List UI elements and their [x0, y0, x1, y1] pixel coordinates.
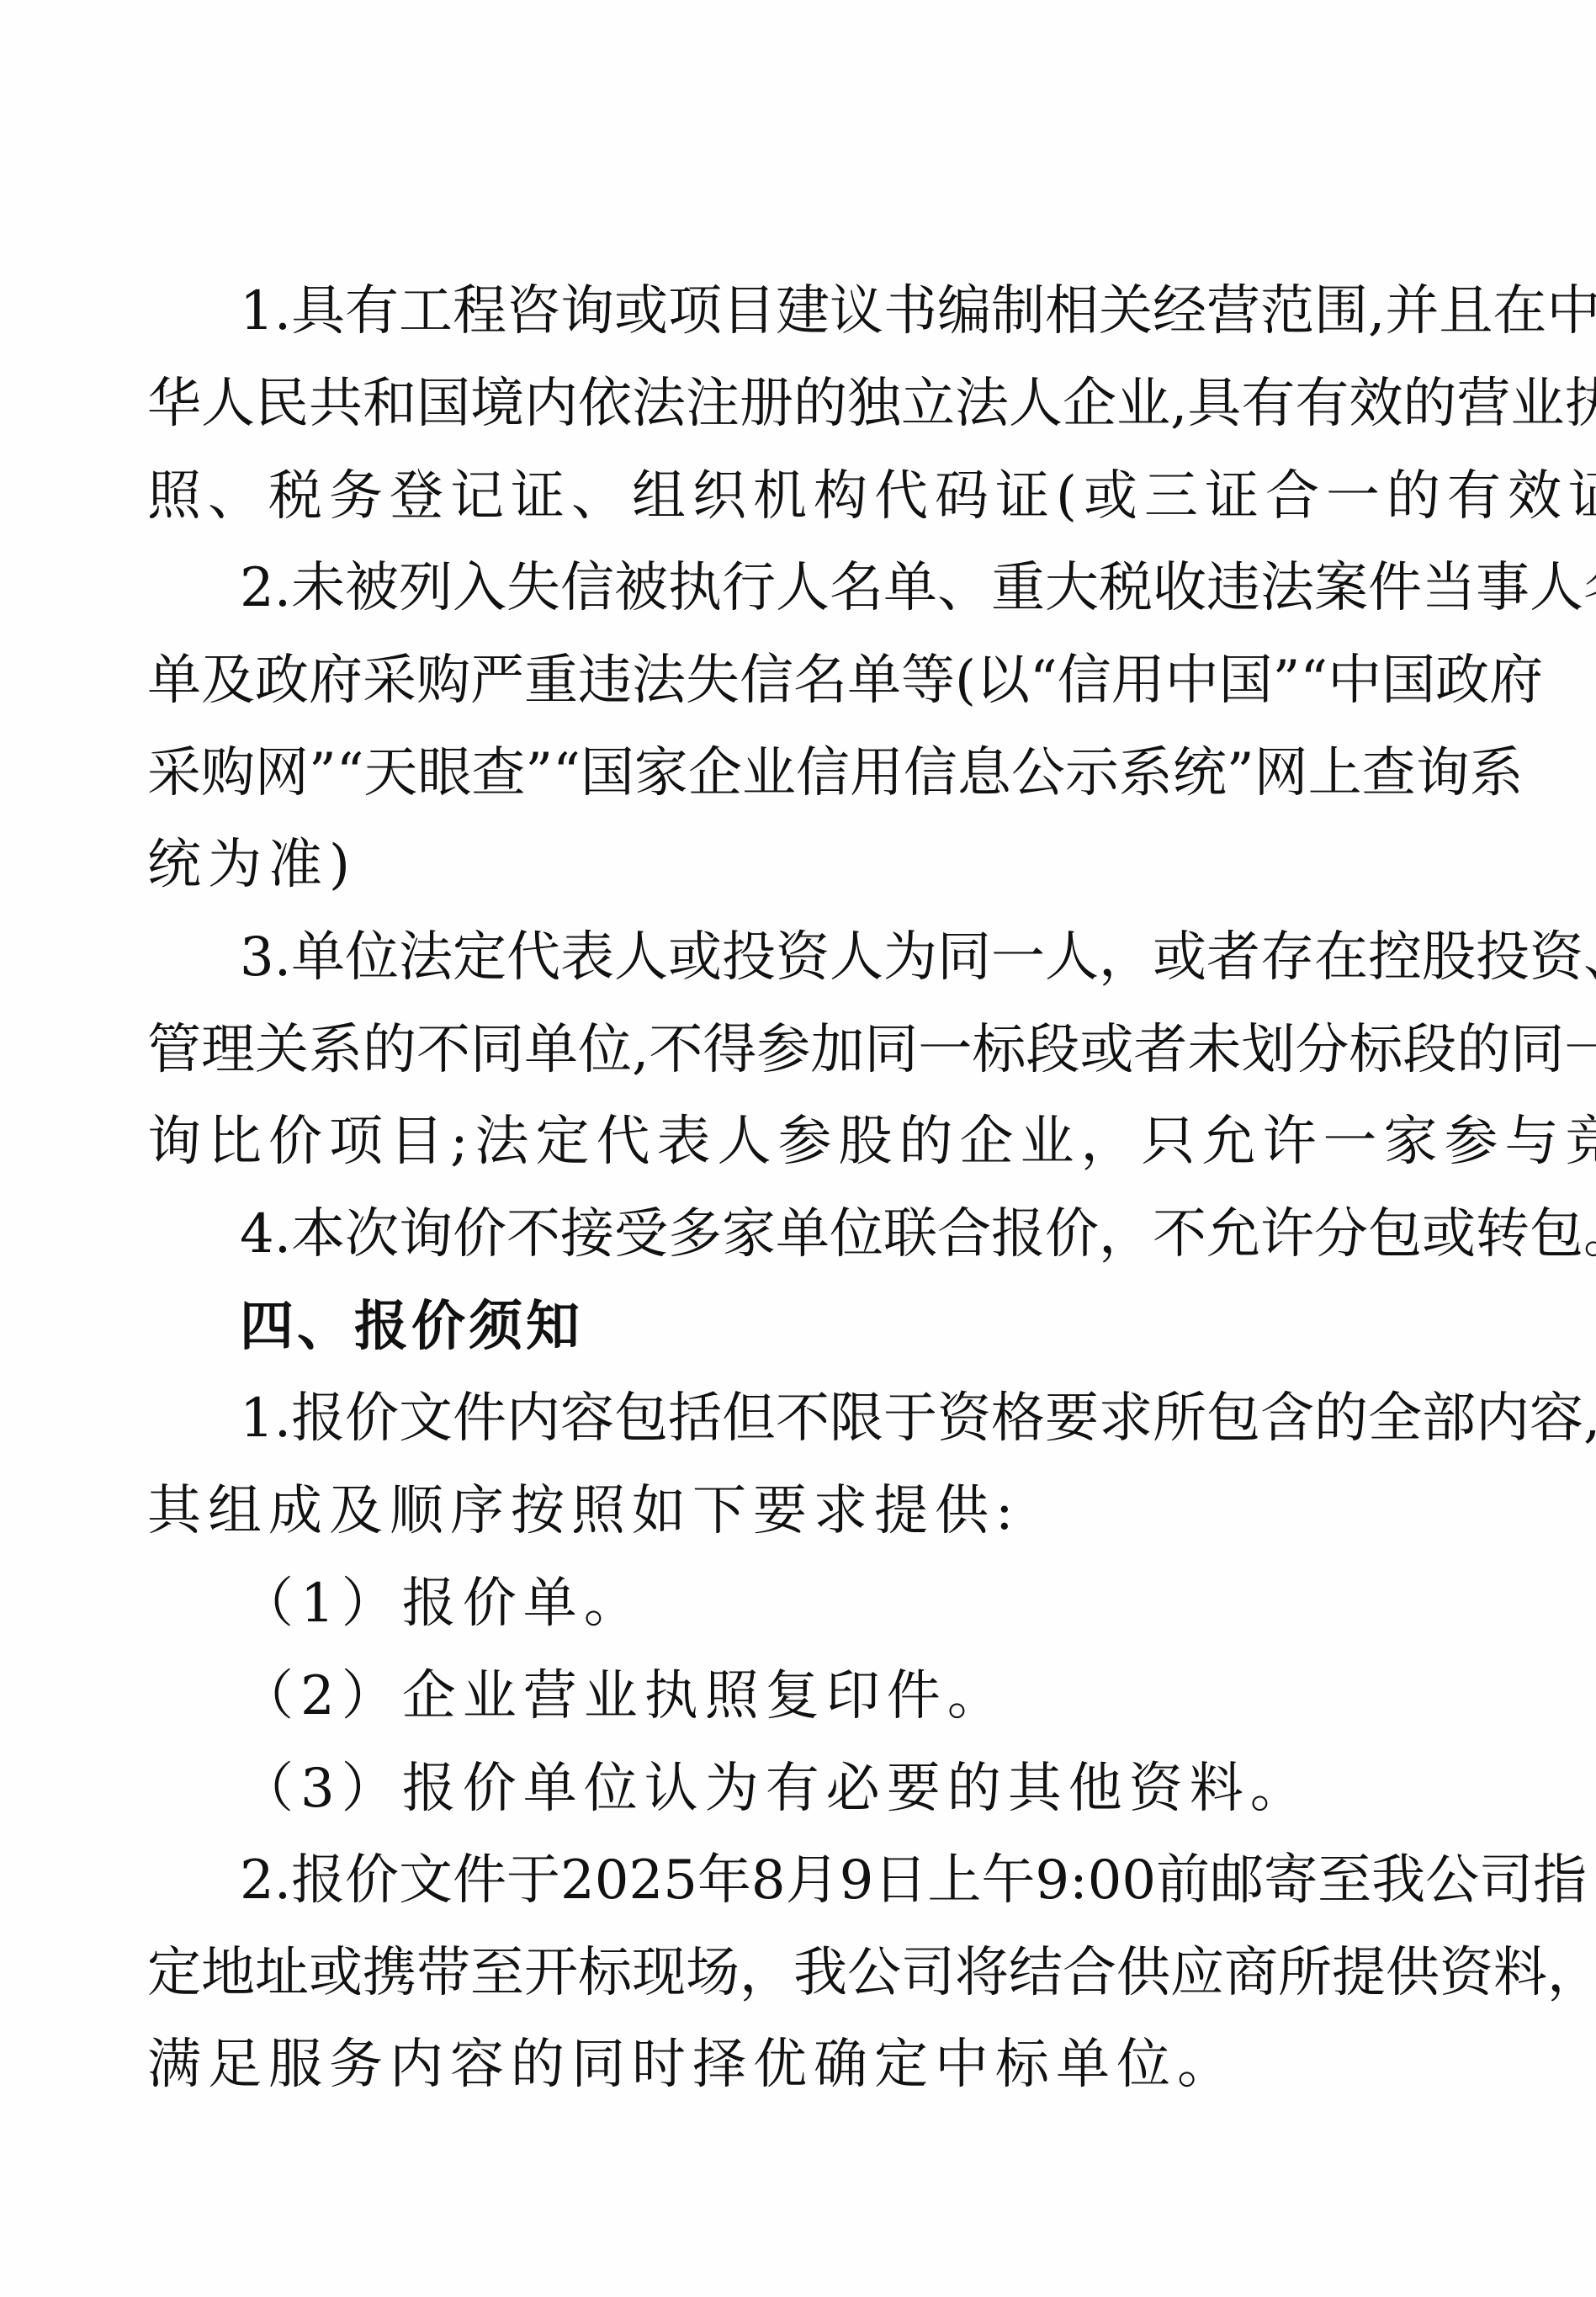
- notice-1-line-1: 1.报价文件内容包括但不限于资格要求所包含的全部内容,: [240, 1372, 1436, 1465]
- notice-2-line-2: 定地址或携带至开标现场，我公司将结合供应商所提供资料，在: [147, 1927, 1436, 2019]
- requirement-2-line-3: 采购网”“天眼查”“国家企业信用信息公示系统”网上查询系: [147, 727, 1436, 820]
- notice-1-subitem-2: （2）企业营业执照复印件。: [240, 1650, 1008, 1743]
- section-heading-quotation-notice: 四、报价须知: [240, 1281, 583, 1373]
- notice-2-line-1: 2.报价文件于2025年8月9日上午9:00前邮寄至我公司指: [240, 1834, 1436, 1927]
- notice-1-subitem-3: （3）报价单位认为有必要的其他资料。: [240, 1743, 1311, 1835]
- requirement-3-line-3: 询比价项目;法定代表人参股的企业，只允许一家参与竞争。: [147, 1095, 1596, 1188]
- requirement-1-line-2: 华人民共和国境内依法注册的独立法人企业,具有有效的营业执: [147, 358, 1436, 450]
- requirement-3-line-2: 管理关系的不同单位,不得参加同一标段或者未划分标段的同一: [147, 1004, 1436, 1096]
- requirement-1-line-3: 照、税务登记证、组织机构代码证(或三证合一的有效证件)。: [147, 450, 1596, 543]
- requirement-2-line-4: 统为准): [147, 819, 357, 911]
- notice-1-subitem-1: （1）报价单。: [240, 1557, 644, 1650]
- document-page: 1.具有工程咨询或项目建议书编制相关经营范围,并且在中 华人民共和国境内依法注册…: [0, 0, 1596, 2297]
- notice-2-line-3: 满足服务内容的同时择优确定中标单位。: [147, 2018, 1238, 2111]
- requirement-1-line-1: 1.具有工程咨询或项目建议书编制相关经营范围,并且在中: [240, 265, 1436, 358]
- notice-1-line-2: 其组成及顺序按照如下要求提供:: [147, 1465, 1021, 1557]
- requirement-4-line-1: 4.本次询价不接受多家单位联合报价，不允许分包或转包。: [240, 1188, 1436, 1281]
- requirement-2-line-2: 单及政府采购严重违法失信名单等(以“信用中国”“中国政府: [147, 634, 1436, 727]
- requirement-2-line-1: 2.未被列入失信被执行人名单、重大税收违法案件当事人名: [240, 542, 1436, 634]
- requirement-3-line-1: 3.单位法定代表人或投资人为同一人，或者存在控股投资、: [240, 911, 1436, 1004]
